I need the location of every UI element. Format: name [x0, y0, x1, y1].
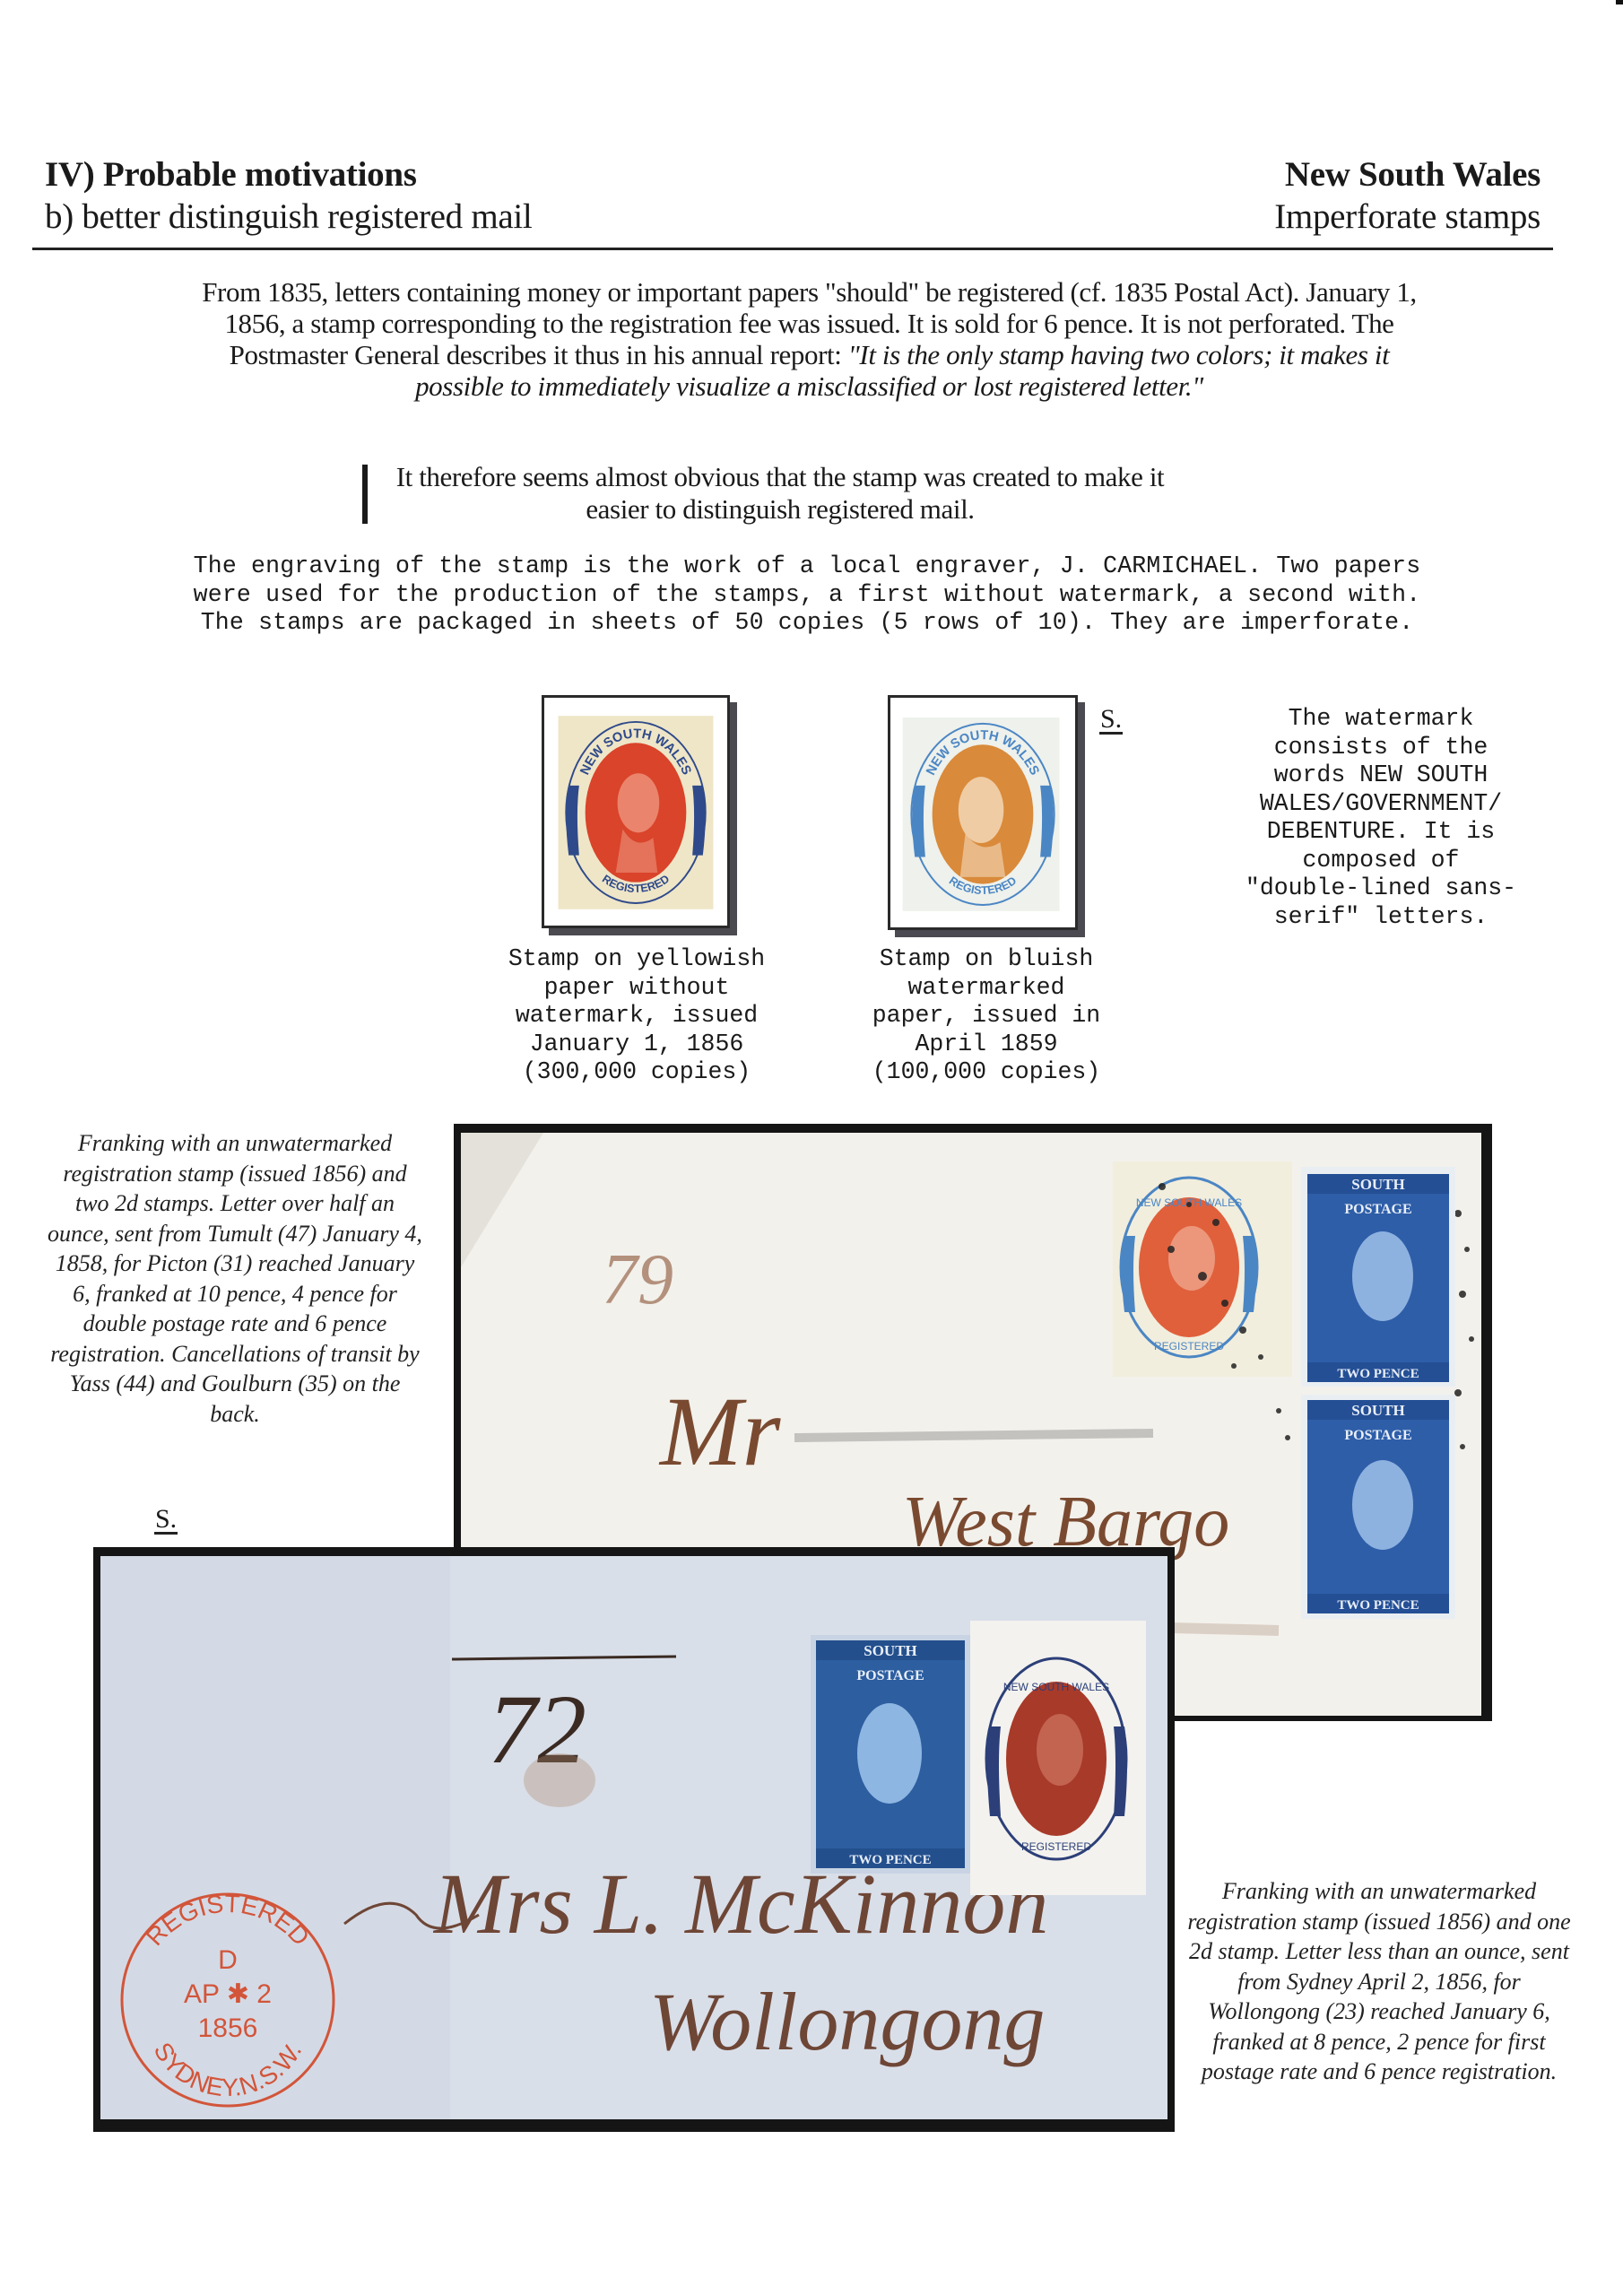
two-pence-stamp-2: SOUTH POSTAGE TWO PENCE [1301, 1395, 1455, 1619]
stamp-caption-watermarked: Stamp on bluish watermarked paper, issue… [834, 945, 1139, 1087]
svg-text:REGISTERED: REGISTERED [1154, 1340, 1224, 1352]
svg-text:POSTAGE: POSTAGE [1344, 1202, 1411, 1217]
engraving-paragraph: The engraving of the stamp is the work o… [170, 552, 1444, 638]
registration-stamp-red-2: NEW SOUTH WALES REGISTERED [970, 1621, 1146, 1895]
svg-text:Wollongong: Wollongong [649, 1976, 1045, 2067]
svg-text:POSTAGE: POSTAGE [1344, 1428, 1411, 1443]
statement-bar [362, 465, 368, 524]
cover1-signature-mark: S. [154, 1507, 178, 1535]
header-divider [32, 248, 1553, 250]
cover1-caption: Franking with an unwatermarked registrat… [47, 1128, 423, 1429]
key-statement: It therefore seems almost obvious that t… [377, 461, 1184, 526]
registration-stamp-red: NEW SOUTH WALES REGISTERED [1113, 1161, 1292, 1377]
svg-text:D: D [218, 1945, 238, 1975]
svg-text:1856: 1856 [198, 2013, 258, 2043]
svg-text:79: 79 [602, 1240, 673, 1319]
svg-text:NEW SOUTH WALES: NEW SOUTH WALES [1003, 1681, 1109, 1693]
svg-text:TWO PENCE: TWO PENCE [849, 1853, 931, 1867]
two-pence-stamp-1: SOUTH POSTAGE TWO PENCE [1301, 1167, 1455, 1387]
svg-text:SOUTH: SOUTH [864, 1642, 917, 1659]
watermark-note: The watermark consists of the words NEW … [1202, 705, 1560, 931]
svg-text:REGISTERED: REGISTERED [1021, 1840, 1091, 1853]
page-title: IV) Probable motivations [45, 154, 532, 196]
stamp-image-unwatermarked: NEW SOUTH WALES REGISTERED [542, 695, 730, 928]
signature-mark: S. [1099, 707, 1123, 735]
section-title: Imperforate stamps [1274, 196, 1541, 239]
svg-text:TWO PENCE: TWO PENCE [1337, 1367, 1419, 1381]
svg-text:TWO PENCE: TWO PENCE [1337, 1598, 1419, 1613]
cover2-caption: Franking with an unwatermarked registrat… [1182, 1876, 1576, 2087]
svg-text:AP ✱ 2: AP ✱ 2 [184, 1979, 272, 2009]
page-subtitle: b) better distinguish registered mail [45, 196, 532, 239]
stamp-image-watermarked: NEW SOUTH WALES REGISTERED [888, 695, 1078, 930]
intro-paragraph: From 1835, letters containing money or i… [184, 276, 1435, 402]
svg-text:POSTAGE: POSTAGE [856, 1668, 924, 1683]
registered-stamp-red-icon: NEW SOUTH WALES REGISTERED [544, 698, 727, 926]
cover-sydney-to-wollongong: 72 Mrs L. McKinnon Wollongong REGISTERED… [93, 1547, 1175, 2132]
country-title: New South Wales [1274, 154, 1541, 196]
svg-text:Mr: Mr [658, 1377, 782, 1486]
two-pence-stamp-3: SOUTH POSTAGE TWO PENCE [811, 1635, 970, 1874]
envelope-image-2: 72 Mrs L. McKinnon Wollongong REGISTERED… [93, 1547, 1175, 2132]
svg-text:SOUTH: SOUTH [1351, 1402, 1405, 1419]
stamp-caption-unwatermarked: Stamp on yellowish paper without waterma… [466, 945, 807, 1087]
header-right: New South Wales Imperforate stamps [1274, 154, 1541, 239]
registered-stamp-orange-icon: NEW SOUTH WALES REGISTERED [890, 698, 1075, 927]
page-corner-mark [1616, 0, 1623, 4]
header-left: IV) Probable motivations b) better disti… [45, 154, 532, 239]
svg-text:SOUTH: SOUTH [1351, 1176, 1405, 1193]
